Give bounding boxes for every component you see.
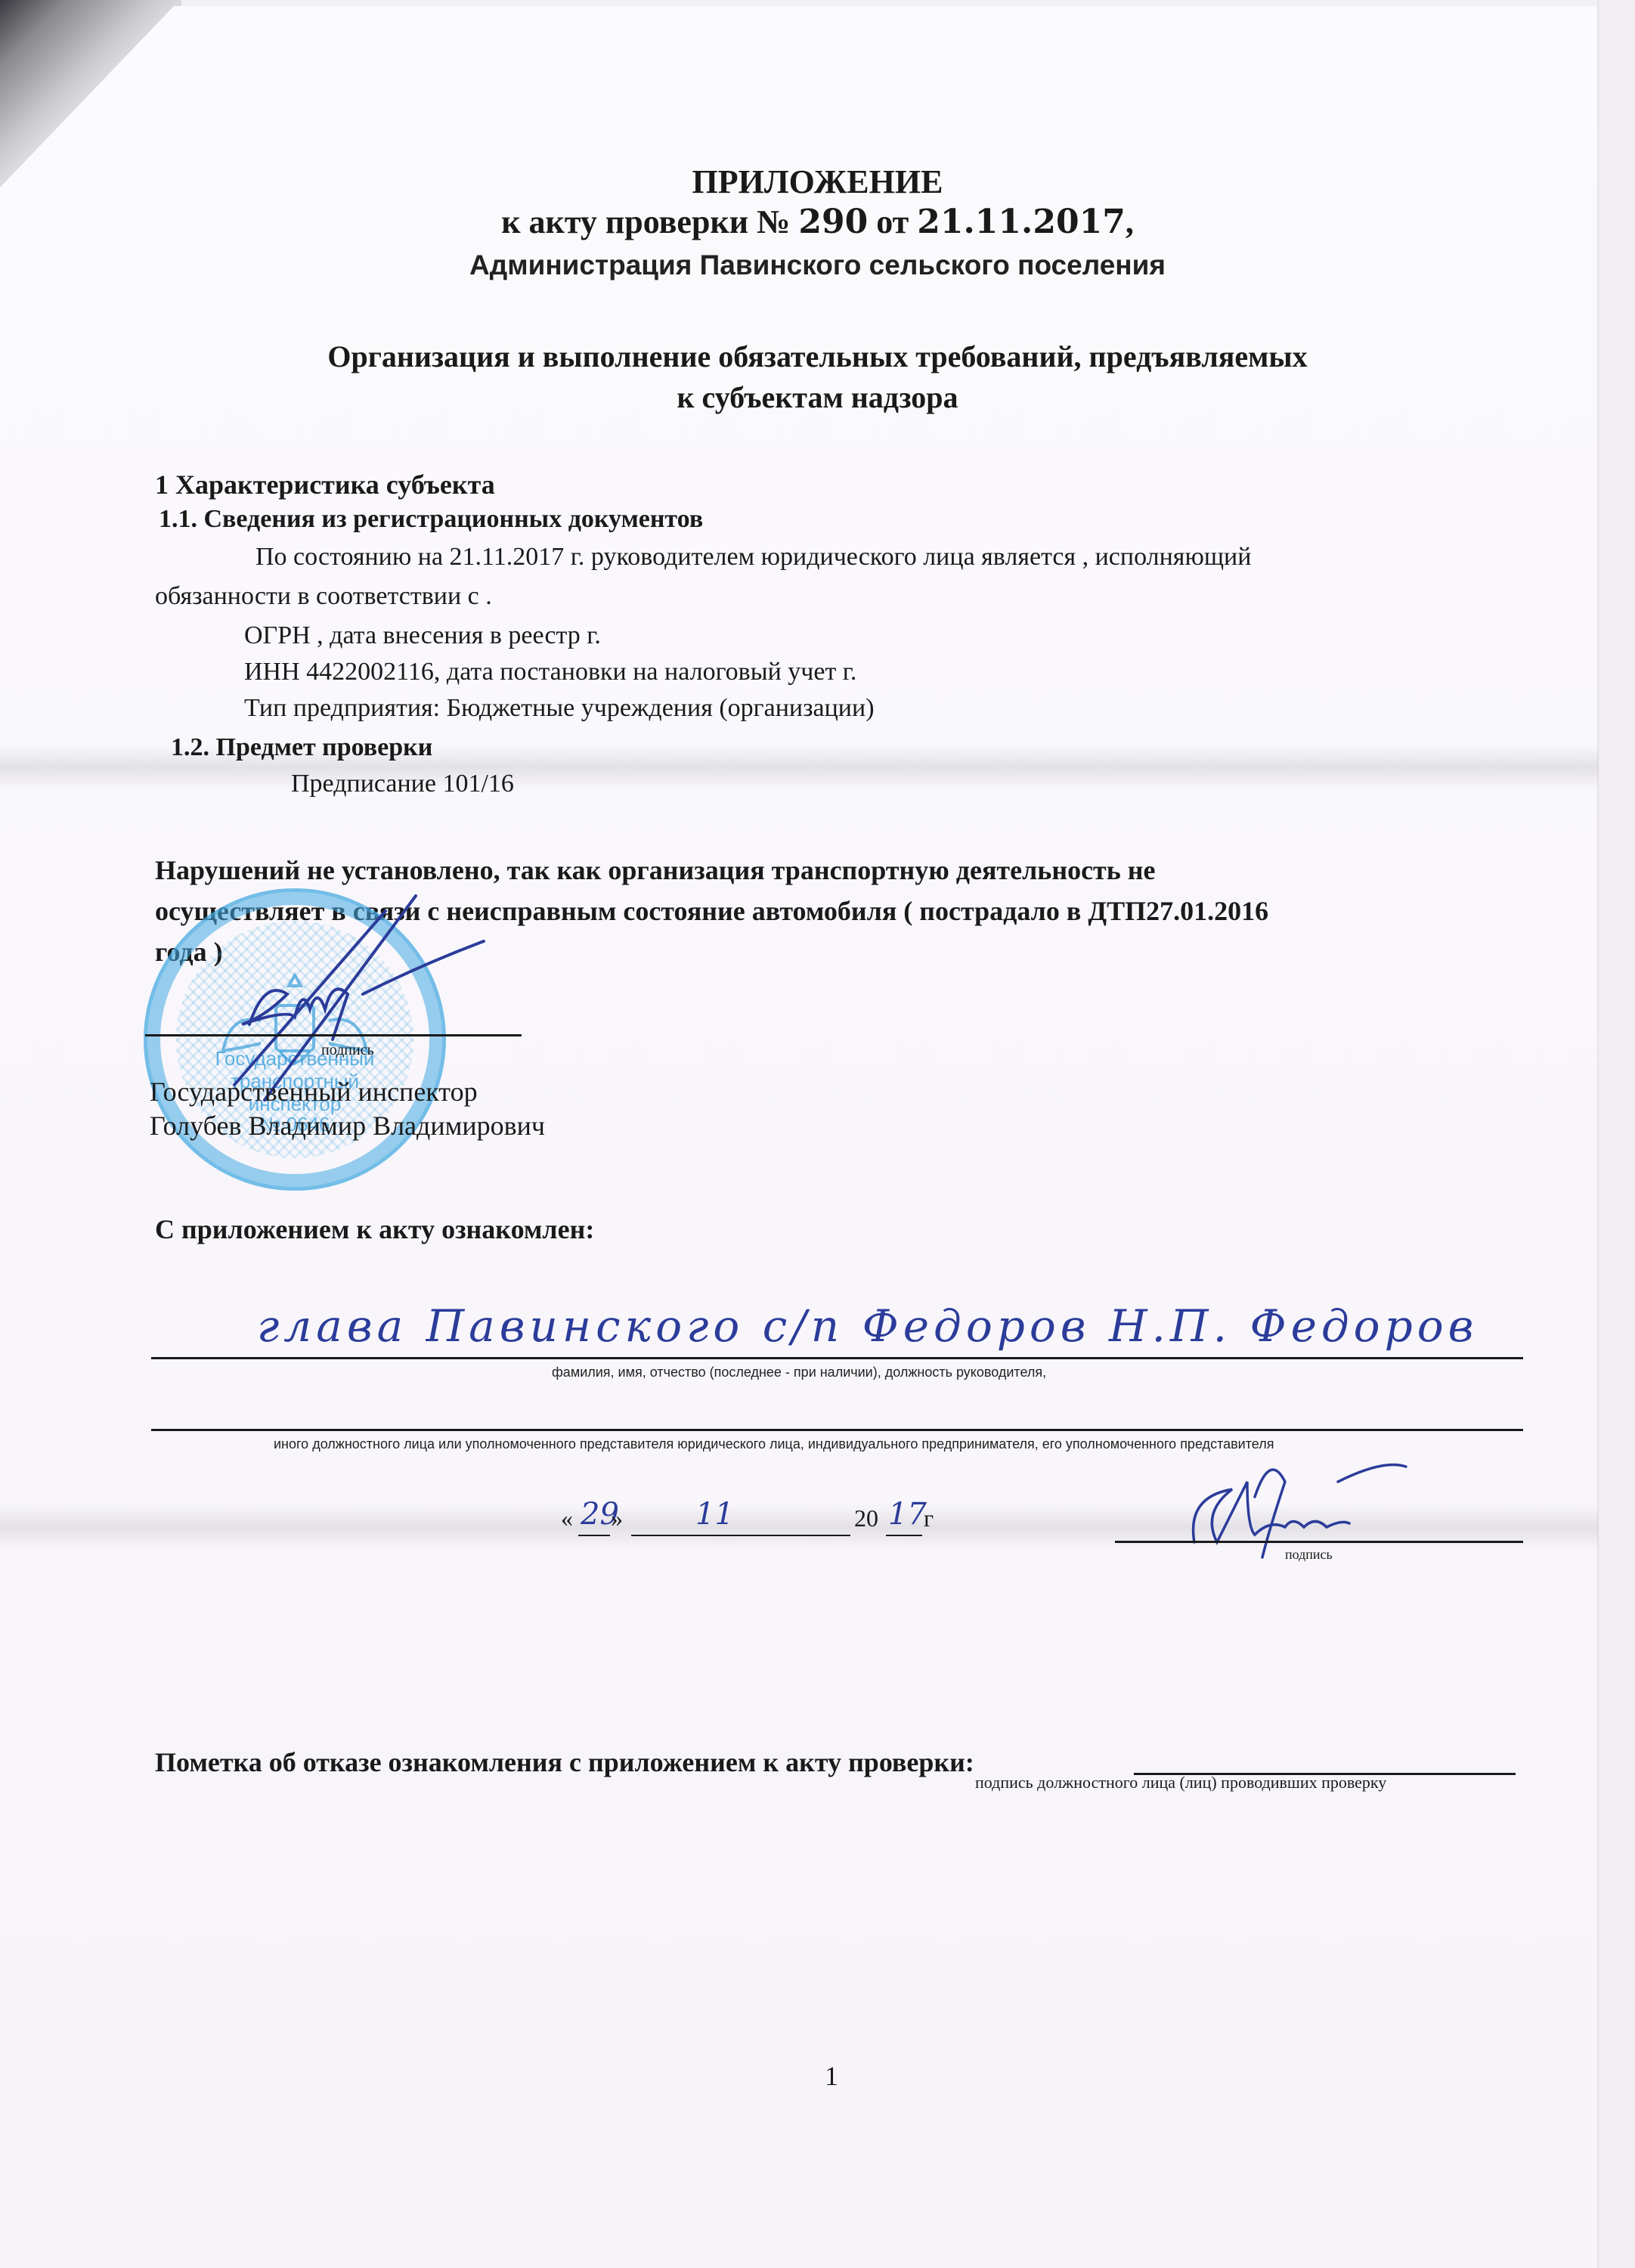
paragraph-line: По состоянию на 21.11.2017 г. руководите…: [255, 543, 1251, 572]
act-reference: к акту проверки № 290 от 21.11.2017,: [0, 203, 1635, 241]
inspection-subject: Предписание 101/16: [291, 770, 514, 798]
date-century: 20: [854, 1504, 878, 1532]
day-underline: [578, 1535, 610, 1536]
representative-line: [151, 1429, 1523, 1431]
handwritten-name: глава Павинского с/п Федоров Н.П. Федоро…: [257, 1300, 1478, 1352]
inn-line: ИНН 4422002116, дата постановки на налог…: [244, 658, 856, 686]
act-date: 21.11.2017: [917, 203, 1126, 241]
inspector-name: Голубев Владимир Владимирович: [150, 1110, 545, 1142]
date-month: 11: [695, 1497, 734, 1532]
name-line-caption: фамилия, имя, отчество (последнее - при …: [552, 1365, 1046, 1380]
date-open-quote: «: [561, 1504, 573, 1532]
ogrn-line: ОГРН , дата внесения в реестр г.: [244, 621, 601, 650]
date-close-quote: »: [611, 1504, 623, 1532]
document-title: ПРИЛОЖЕНИЕ: [0, 163, 1635, 201]
section-heading: 1 Характеристика субъекта: [155, 469, 495, 500]
subtitle-line-2: к субъектам надзора: [0, 380, 1635, 415]
page-number: 1: [0, 2060, 1635, 2092]
date-suffix: г: [924, 1504, 934, 1532]
inspector-signature-line: [145, 1034, 522, 1036]
organization-name: Администрация Павинского сельского посел…: [0, 249, 1635, 281]
subsection-heading-registration: 1.1. Сведения из регистрационных докумен…: [159, 505, 703, 534]
inspector-signature: [189, 881, 529, 1108]
refusal-caption: подпись должностного лица (лиц) проводив…: [975, 1773, 1386, 1792]
acknowledgement-heading: С приложением к акту ознакомлен:: [155, 1213, 594, 1245]
act-mid: от: [868, 203, 917, 240]
representative-line-caption: иного должностного лица или уполномоченн…: [274, 1436, 1274, 1452]
subsection-heading-subject: 1.2. Предмет проверки: [171, 733, 432, 762]
signature-caption: подпись: [321, 1042, 374, 1059]
date-year: 17: [888, 1497, 927, 1532]
head-signature-caption: подпись: [1285, 1547, 1333, 1563]
inspector-position: Государственный инспектор: [150, 1076, 478, 1108]
act-number: 290: [798, 203, 868, 241]
paragraph-line: обязанности в соответствии с .: [155, 582, 492, 611]
head-signature-line: [1115, 1541, 1523, 1543]
subtitle-line-1: Организация и выполнение обязательных тр…: [0, 339, 1635, 374]
enterprise-type-line: Тип предприятия: Бюджетные учреждения (о…: [244, 694, 875, 723]
act-prefix: к акту проверки №: [501, 203, 798, 240]
year-underline: [886, 1535, 922, 1536]
month-underline: [631, 1535, 850, 1536]
act-suffix: ,: [1126, 203, 1134, 240]
refusal-label: Пометка об отказе ознакомления с приложе…: [155, 1746, 974, 1778]
name-line: [151, 1357, 1523, 1359]
